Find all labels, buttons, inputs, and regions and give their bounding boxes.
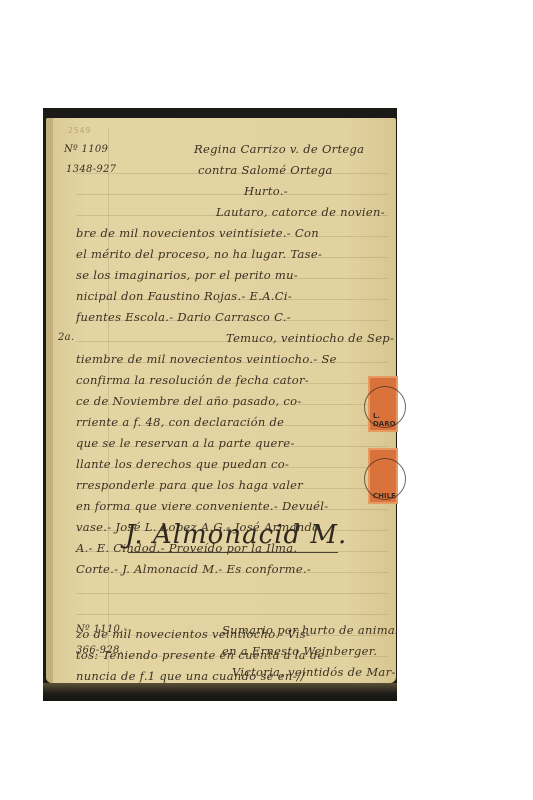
body-line: tos: Teniendo presente en cuenta a la de… xyxy=(76,648,329,662)
entry-title-line: Hurto.- xyxy=(244,184,288,198)
stamp-label: L. DARO xyxy=(373,412,396,428)
body-line: nicipal don Faustino Rojas.- E.A.Ci- xyxy=(76,289,292,303)
revenue-stamp: CHILE xyxy=(368,448,398,504)
signature-underline xyxy=(128,552,338,553)
body-line: nuncia de f.1 que una cuando se en-// xyxy=(76,669,305,683)
body-line: se los imaginarios, por el perito mu- xyxy=(76,268,298,282)
body-line: Corte.- J. Almonacid M.- Es conforme.- xyxy=(76,562,311,576)
body-line: llante los derechos que puedan co- xyxy=(76,457,289,471)
page-edges xyxy=(46,118,53,683)
body-line: en forma que viere conveniente.- Devuél- xyxy=(76,499,328,513)
body-line: confirma la resolución de fecha cator- xyxy=(76,373,309,387)
body-line: que se le reservan a la parte quere- xyxy=(76,436,295,450)
ledger-page: 2549 Nº 1109 1348-927 Regina Carrizo v. … xyxy=(46,118,396,683)
body-line: rresponderle para que los haga valer xyxy=(76,478,303,492)
body-line: bre de mil novecientos veintisiete.- Con xyxy=(76,226,319,240)
entry-title-line: Regina Carrizo v. de Ortega xyxy=(194,142,364,156)
body-line: tiembre de mil novecientos veintiocho.- … xyxy=(76,352,337,366)
signature: J. Almonacid M. xyxy=(125,520,347,550)
entry-title-line: contra Salomé Ortega xyxy=(198,163,333,177)
body-line: el mérito del proceso, no ha lugar. Tase… xyxy=(76,247,322,261)
page-bottom-shadow xyxy=(43,683,397,701)
body-line: Temuco, veintiocho de Sep- xyxy=(226,331,394,345)
entry-number: Nº 1109 xyxy=(64,144,108,155)
body-line: zo de mil novecientos veintiocho.- Vis- xyxy=(76,627,310,641)
revenue-stamp: L. DARO xyxy=(368,376,398,432)
body-line: fuentes Escola.- Dario Carrasco C.- xyxy=(76,310,291,324)
body-line: rriente a f. 48, con declaración de xyxy=(76,415,284,429)
body-line: Lautaro, catorce de novien- xyxy=(216,205,385,219)
margin-note: 2a. xyxy=(58,332,74,343)
folio-number: 2549 xyxy=(68,126,91,135)
stamp-label: CHILE xyxy=(373,492,396,500)
body-line: ce de Noviembre del año pasado, co- xyxy=(76,394,302,408)
entry-file-number: 1348-927 xyxy=(66,164,116,175)
